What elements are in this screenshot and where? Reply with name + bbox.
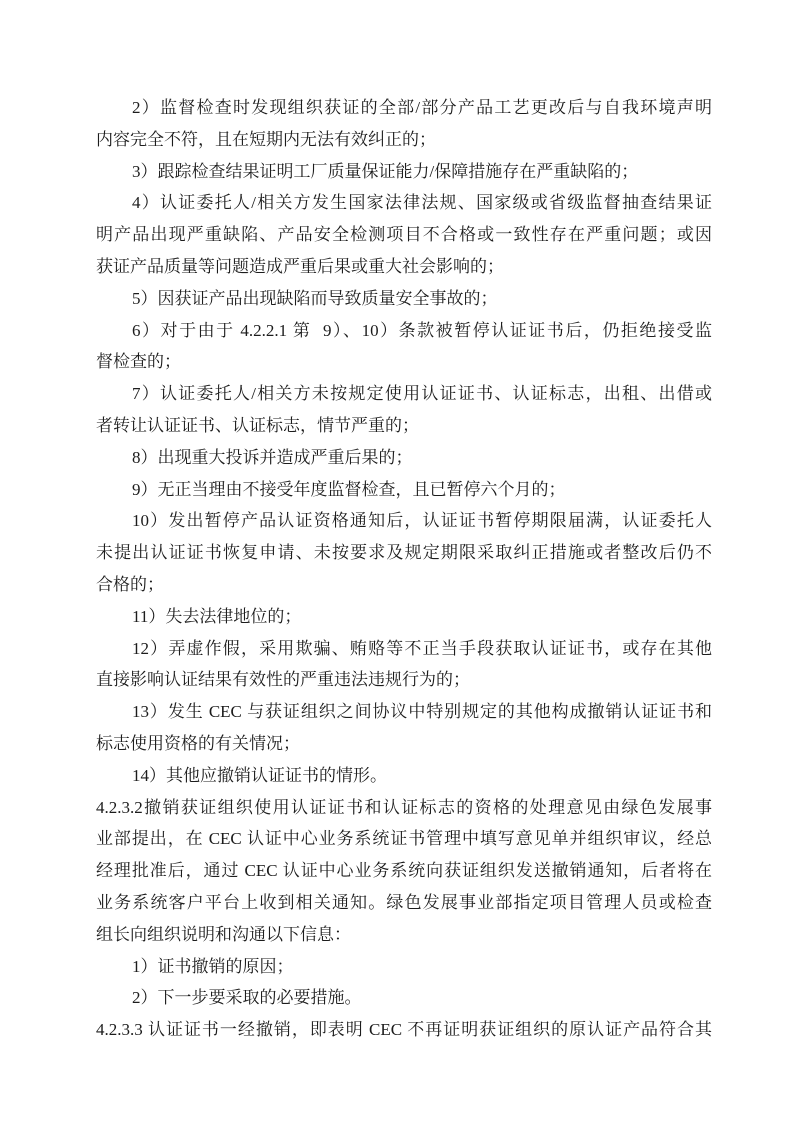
text-line: 业部提出，在 CEC 认证中心业务系统证书管理中填写意见单并组织审议，经总 xyxy=(96,823,712,855)
text-line: 者转让认证证书、认证标志，情节严重的； xyxy=(96,410,712,442)
text-line: 7）认证委托人/相关方未按规定使用认证证书、认证标志，出租、出借或 xyxy=(96,378,712,410)
document-page: 2）监督检查时发现组织获证的全部/部分产品工艺更改后与自我环境声明内容完全不符，… xyxy=(0,0,808,1143)
text-line: 1）证书撤销的原因； xyxy=(96,951,712,983)
text-line: 4.2.3.3 认证证书一经撤销，即表明 CEC 不再证明获证组织的原认证产品符… xyxy=(96,1014,712,1046)
text-line: 内容完全不符，且在短期内无法有效纠正的； xyxy=(96,124,712,156)
text-line: 8）出现重大投诉并造成严重后果的； xyxy=(96,442,712,474)
text-line: 明产品出现严重缺陷、产品安全检测项目不合格或一致性存在严重问题；或因 xyxy=(96,219,712,251)
text-line: 13）发生 CEC 与获证组织之间协议中特别规定的其他构成撤销认证证书和 xyxy=(96,696,712,728)
text-line: 未提出认证证书恢复申请、未按要求及规定期限采取纠正措施或者整改后仍不 xyxy=(96,537,712,569)
text-line: 合格的； xyxy=(96,569,712,601)
text-line: 3）跟踪检查结果证明工厂质量保证能力/保障措施存在严重缺陷的； xyxy=(96,156,712,188)
text-line: 标志使用资格的有关情况； xyxy=(96,728,712,760)
text-line: 2）下一步要采取的必要措施。 xyxy=(96,982,712,1014)
text-line: 直接影响认证结果有效性的严重违法违规行为的； xyxy=(96,664,712,696)
text-line: 业务系统客户平台上收到相关通知。绿色发展事业部指定项目管理人员或检查 xyxy=(96,887,712,919)
text-line: 督检查的； xyxy=(96,346,712,378)
text-line: 10）发出暂停产品认证资格通知后，认证证书暂停期限届满，认证委托人 xyxy=(96,505,712,537)
text-line: 14）其他应撤销认证证书的情形。 xyxy=(96,760,712,792)
text-line: 6）对于由于 4.2.2.1 第 9）、10）条款被暂停认证证书后，仍拒绝接受监 xyxy=(96,315,712,347)
text-line: 12）弄虚作假，采用欺骗、贿赂等不正当手段获取认证证书，或存在其他 xyxy=(96,633,712,665)
text-line: 9）无正当理由不接受年度监督检查，且已暂停六个月的； xyxy=(96,474,712,506)
text-line: 经理批准后，通过 CEC 认证中心业务系统向获证组织发送撤销通知，后者将在 xyxy=(96,855,712,887)
text-line: 组长向组织说明和沟通以下信息： xyxy=(96,919,712,951)
text-line: 4）认证委托人/相关方发生国家法律法规、国家级或省级监督抽查结果证 xyxy=(96,187,712,219)
text-line: 11）失去法律地位的； xyxy=(96,601,712,633)
text-line: 4.2.3.2撤销获证组织使用认证证书和认证标志的资格的处理意见由绿色发展事 xyxy=(96,792,712,824)
text-line: 获证产品质量等问题造成严重后果或重大社会影响的； xyxy=(96,251,712,283)
text-line: 5）因获证产品出现缺陷而导致质量安全事故的； xyxy=(96,283,712,315)
document-text-block: 2）监督检查时发现组织获证的全部/部分产品工艺更改后与自我环境声明内容完全不符，… xyxy=(96,92,712,1046)
text-line: 2）监督检查时发现组织获证的全部/部分产品工艺更改后与自我环境声明 xyxy=(96,92,712,124)
